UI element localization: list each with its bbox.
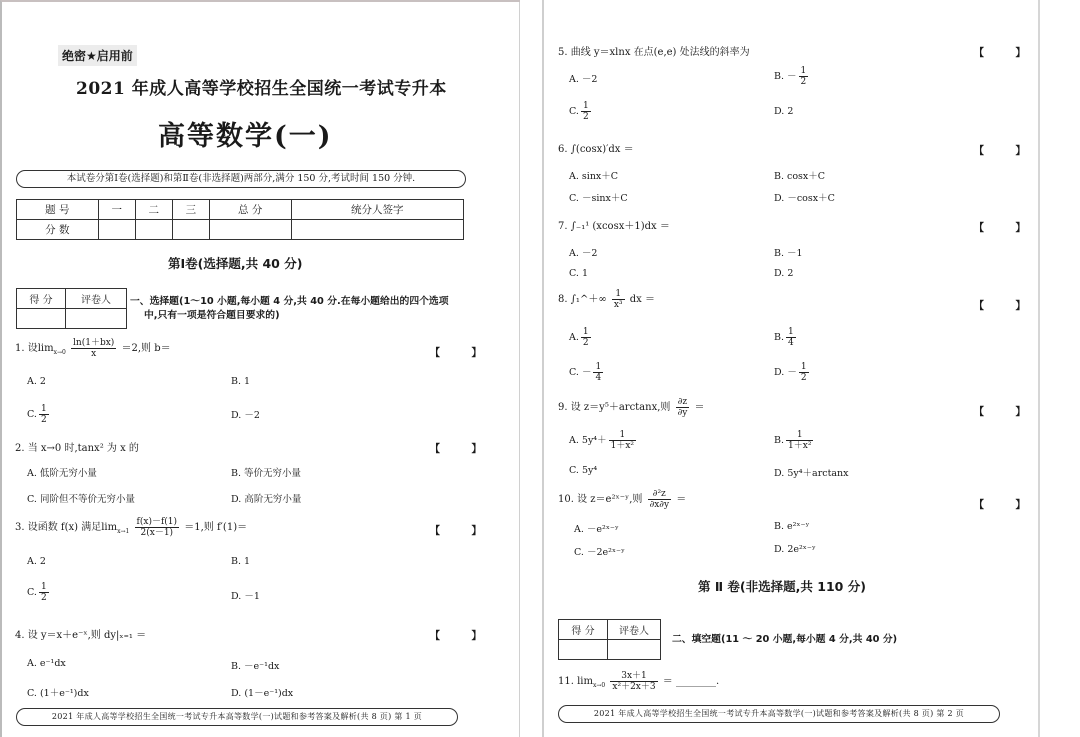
q1-option-b[interactable]: B. 1 bbox=[231, 376, 250, 387]
q4-option-b[interactable]: B. －e⁻¹dx bbox=[231, 658, 279, 672]
grader-name-label: 评卷人 bbox=[608, 620, 661, 640]
score-table-score-row: 分 数 bbox=[17, 220, 464, 240]
question-5-stem: 5. 曲线 y＝xlnx 在点(e,e) 处法线的斜率为 bbox=[558, 43, 750, 58]
confidential-label: 绝密★启用前 bbox=[58, 45, 137, 66]
q7-option-b[interactable]: B. －1 bbox=[774, 245, 803, 259]
score-cell bbox=[209, 220, 291, 240]
score-header-cell: 题 号 bbox=[17, 200, 99, 220]
section1-instruction-line2: 中,只有一项是符合题目要求的) bbox=[130, 309, 449, 323]
q9-option-c[interactable]: C. 5y⁴ bbox=[569, 465, 597, 476]
q4-option-d[interactable]: D. (1－e⁻¹)dx bbox=[231, 685, 293, 699]
grader-score-label: 得 分 bbox=[17, 289, 66, 309]
q5-option-a[interactable]: A. －2 bbox=[569, 71, 597, 85]
q7-option-a[interactable]: A. －2 bbox=[569, 245, 597, 259]
section1-instruction-line1: 一、选择题(1～10 小题,每小题 4 分,共 40 分.在每小题给出的四个选项 bbox=[130, 295, 449, 309]
score-cell bbox=[172, 220, 209, 240]
question-11-stem: 11. limx→0 3x＋1x²＋2x＋3 ＝ ________. bbox=[558, 671, 719, 692]
answer-bracket-q10[interactable]: 【 】 bbox=[974, 496, 1039, 511]
subject-title: 高等数学(一) bbox=[158, 114, 333, 153]
q8-option-c[interactable]: C. －14 bbox=[569, 362, 605, 383]
q5-option-b[interactable]: B. －12 bbox=[774, 66, 810, 87]
grader-box-2: 得 分 评卷人 bbox=[558, 619, 661, 660]
q8-option-d[interactable]: D. －12 bbox=[774, 362, 811, 383]
q5-option-d[interactable]: D. 2 bbox=[774, 106, 793, 117]
q2-option-d[interactable]: D. 高阶无穷小量 bbox=[231, 491, 301, 505]
grader-score-cell bbox=[559, 640, 608, 660]
q2-option-b[interactable]: B. 等价无穷小量 bbox=[231, 465, 301, 479]
question-10-stem: 10. 设 z＝e²ˣ⁻ʸ,则 ∂²z∂x∂y ＝ bbox=[558, 489, 686, 510]
answer-bracket-q7[interactable]: 【 】 bbox=[974, 219, 1039, 234]
q3-option-b[interactable]: B. 1 bbox=[231, 556, 250, 567]
exam-title: 2021 年成人高等学校招生全国统一考试专升本 bbox=[76, 74, 447, 99]
question-8-stem: 8. ∫₁^＋∞ 1x³ dx ＝ bbox=[558, 289, 655, 310]
q3-option-a[interactable]: A. 2 bbox=[27, 556, 46, 567]
q4-option-c[interactable]: C. (1＋e⁻¹)dx bbox=[27, 685, 89, 699]
question-2-stem: 2. 当 x→0 时,tanx² 为 x 的 bbox=[15, 439, 139, 454]
q1-option-a[interactable]: A. 2 bbox=[27, 376, 46, 387]
q6-option-a[interactable]: A. sinx＋C bbox=[569, 168, 618, 182]
q1-option-d[interactable]: D. －2 bbox=[231, 407, 260, 421]
question-4-stem: 4. 设 y＝x＋e⁻ˣ,则 dy|ₓ₌₁ ＝ bbox=[15, 626, 146, 641]
q6-option-b[interactable]: B. cosx＋C bbox=[774, 168, 825, 182]
exam-page-2: 5. 曲线 y＝xlnx 在点(e,e) 处法线的斜率为 【 】 A. －2 B… bbox=[542, 0, 1040, 737]
q7-option-c[interactable]: C. 1 bbox=[569, 268, 588, 279]
q3-option-c[interactable]: C.12 bbox=[27, 582, 51, 603]
q8-option-a[interactable]: A.12 bbox=[569, 327, 593, 348]
grader-name-label: 评卷人 bbox=[66, 289, 127, 309]
q6-option-c[interactable]: C. －sinx＋C bbox=[569, 190, 628, 204]
score-header-cell: 二 bbox=[135, 200, 172, 220]
q8-option-b[interactable]: B.14 bbox=[774, 327, 798, 348]
part1-heading: 第Ⅰ卷(选择题,共 40 分) bbox=[168, 254, 302, 272]
q3-option-d[interactable]: D. －1 bbox=[231, 588, 260, 602]
q10-option-a[interactable]: A. －e²ˣ⁻ʸ bbox=[574, 521, 619, 535]
answer-bracket-q5[interactable]: 【 】 bbox=[974, 44, 1039, 59]
q9-option-a[interactable]: A. 5y⁴＋11＋x² bbox=[569, 430, 638, 451]
answer-bracket-q8[interactable]: 【 】 bbox=[974, 297, 1039, 312]
q10-option-d[interactable]: D. 2e²ˣ⁻ʸ bbox=[774, 544, 816, 555]
question-9-stem: 9. 设 z＝y⁵＋arctanx,则 ∂z∂y ＝ bbox=[558, 397, 705, 418]
q10-option-b[interactable]: B. e²ˣ⁻ʸ bbox=[774, 521, 810, 532]
part2-heading: 第 Ⅱ 卷(非选择题,共 110 分) bbox=[698, 577, 866, 595]
q7-option-d[interactable]: D. 2 bbox=[774, 268, 793, 279]
answer-bracket-q3[interactable]: 【 】 bbox=[430, 522, 495, 537]
score-cell bbox=[135, 220, 172, 240]
page-footer-2: 2021 年成人高等学校招生全国统一考试专升本高等数学(一)试题和参考答案及解析… bbox=[558, 705, 1000, 723]
score-header-cell: 一 bbox=[98, 200, 135, 220]
q9-option-d[interactable]: D. 5y⁴＋arctanx bbox=[774, 465, 849, 479]
question-6-stem: 6. ∫(cosx)′dx ＝ bbox=[558, 140, 634, 155]
q6-option-d[interactable]: D. －cosx＋C bbox=[774, 190, 835, 204]
q4-option-a[interactable]: A. e⁻¹dx bbox=[27, 658, 66, 669]
score-row-label: 分 数 bbox=[17, 220, 99, 240]
section2-instruction: 二、填空题(11 ～ 20 小题,每小题 4 分,共 40 分) bbox=[672, 633, 897, 647]
question-7-stem: 7. ∫₋₁¹ (xcosx＋1)dx ＝ bbox=[558, 217, 670, 232]
score-header-cell: 统分人签字 bbox=[291, 200, 463, 220]
exam-notice: 本试卷分第Ⅰ卷(选择题)和第Ⅱ卷(非选择题)两部分,满分 150 分,考试时间 … bbox=[16, 170, 466, 188]
q10-option-c[interactable]: C. －2e²ˣ⁻ʸ bbox=[574, 544, 625, 558]
grader-score-cell bbox=[17, 309, 66, 329]
exam-page-1: 绝密★启用前 2021 年成人高等学校招生全国统一考试专升本 高等数学(一) 本… bbox=[0, 0, 520, 737]
answer-bracket-q1[interactable]: 【 】 bbox=[430, 344, 495, 359]
answer-bracket-q4[interactable]: 【 】 bbox=[430, 627, 495, 642]
grader-box: 得 分 评卷人 bbox=[16, 288, 127, 329]
grader-name-cell bbox=[608, 640, 661, 660]
q2-option-a[interactable]: A. 低阶无穷小量 bbox=[27, 465, 97, 479]
score-table: 题 号 一 二 三 总 分 统分人签字 分 数 bbox=[16, 199, 464, 240]
answer-bracket-q9[interactable]: 【 】 bbox=[974, 403, 1039, 418]
score-header-cell: 总 分 bbox=[209, 200, 291, 220]
q9-option-b[interactable]: B.11＋x² bbox=[774, 430, 815, 451]
question-3-stem: 3. 设函数 f(x) 满足limx→1 f(x)－f(1)2(x－1) ＝1,… bbox=[15, 517, 247, 538]
grader-name-cell bbox=[66, 309, 127, 329]
score-cell bbox=[291, 220, 463, 240]
section1-instruction: 一、选择题(1～10 小题,每小题 4 分,共 40 分.在每小题给出的四个选项… bbox=[130, 295, 449, 323]
score-header-cell: 三 bbox=[172, 200, 209, 220]
answer-bracket-q2[interactable]: 【 】 bbox=[430, 440, 495, 455]
grader-score-label: 得 分 bbox=[559, 620, 608, 640]
score-table-header-row: 题 号 一 二 三 总 分 统分人签字 bbox=[17, 200, 464, 220]
page-footer-1: 2021 年成人高等学校招生全国统一考试专升本高等数学(一)试题和参考答案及解析… bbox=[16, 708, 458, 726]
q5-option-c[interactable]: C.12 bbox=[569, 101, 593, 122]
q2-option-c[interactable]: C. 同阶但不等价无穷小量 bbox=[27, 491, 135, 505]
question-1-stem: 1. 设limx→0 ln(1＋bx)x ＝2,则 b＝ bbox=[15, 338, 171, 359]
score-cell bbox=[98, 220, 135, 240]
answer-bracket-q6[interactable]: 【 】 bbox=[974, 142, 1039, 157]
answer-blank-q11[interactable]: ＝ ________. bbox=[663, 676, 719, 687]
q1-option-c[interactable]: C.12 bbox=[27, 404, 51, 425]
